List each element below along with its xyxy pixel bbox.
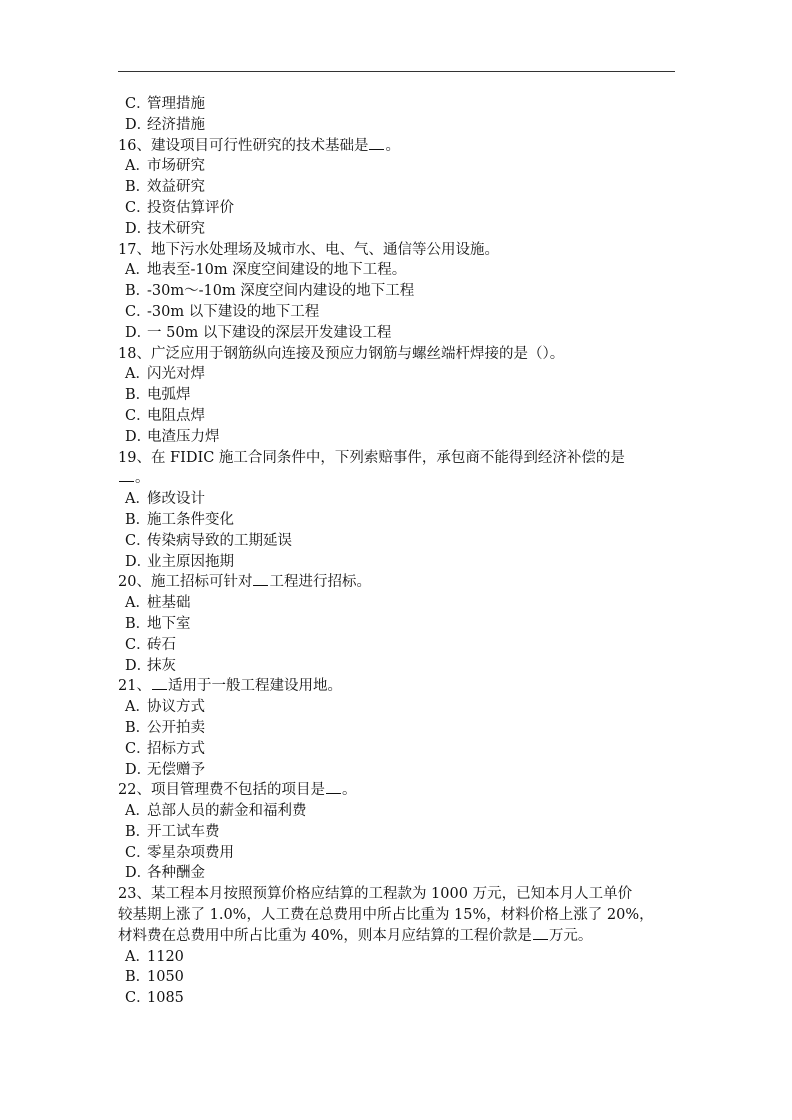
option-text: 市场研究 bbox=[147, 158, 205, 174]
option-letter: D． bbox=[125, 863, 147, 884]
option-text: 1050 bbox=[147, 969, 184, 985]
stem-text: 16、建设项目可行性研究的技术基础是 bbox=[118, 138, 368, 154]
option-letter: B． bbox=[125, 385, 147, 406]
option-text: 抹灰 bbox=[147, 658, 176, 674]
answer-option: C．传染病导致的工期延误 bbox=[118, 531, 678, 552]
question-stem: 17、地下污水处理场及城市水、电、气、通信等公用设施。 bbox=[118, 240, 678, 261]
option-text: 桩基础 bbox=[147, 595, 191, 611]
option-text: 招标方式 bbox=[147, 741, 205, 757]
answer-option: B．施工条件变化 bbox=[118, 510, 678, 531]
option-text: 管理措施 bbox=[147, 96, 205, 112]
option-text: 经济措施 bbox=[147, 117, 205, 133]
fill-in-blank bbox=[253, 573, 268, 586]
option-letter: D． bbox=[125, 427, 147, 448]
stem-text-end: 万元。 bbox=[549, 928, 593, 944]
option-letter: C． bbox=[125, 843, 147, 864]
option-letter: D． bbox=[125, 219, 147, 240]
option-text: 协议方式 bbox=[147, 699, 205, 715]
answer-option: A．协议方式 bbox=[118, 697, 678, 718]
option-text: 施工条件变化 bbox=[147, 512, 234, 528]
option-letter: B． bbox=[125, 281, 147, 302]
option-letter: C． bbox=[125, 635, 147, 656]
option-text: 技术研究 bbox=[147, 221, 205, 237]
option-letter: C． bbox=[125, 531, 147, 552]
stem-text: 23、某工程本月按照预算价格应结算的工程款为 1000 万元，已知本月人工单价 bbox=[118, 886, 632, 902]
stem-text: 20、施工招标可针对 bbox=[118, 574, 252, 590]
option-letter: B． bbox=[125, 718, 147, 739]
option-text: 一 50m 以下建设的深层开发建设工程 bbox=[147, 325, 391, 341]
option-letter: C． bbox=[125, 988, 147, 1009]
answer-option: A．地表至-10m 深度空间建设的地下工程。 bbox=[118, 260, 678, 281]
answer-option: D．业主原因拖期 bbox=[118, 552, 678, 573]
answer-option: B．效益研究 bbox=[118, 177, 678, 198]
header-rule bbox=[118, 71, 675, 72]
option-letter: A． bbox=[125, 697, 147, 718]
option-text: 电阻点焊 bbox=[147, 408, 205, 424]
fill-in-blank bbox=[119, 469, 134, 482]
question-stem: 22、项目管理费不包括的项目是。 bbox=[118, 780, 678, 801]
option-letter: D． bbox=[125, 115, 147, 136]
answer-option: B．电弧焊 bbox=[118, 385, 678, 406]
option-text: 地表至-10m 深度空间建设的地下工程。 bbox=[147, 262, 406, 278]
stem-text: 21、 bbox=[118, 678, 151, 694]
question-stem: 18、广泛应用于钢筋纵向连接及预应力钢筋与螺丝端杆焊接的是（）。 bbox=[118, 344, 678, 365]
option-text: 传染病导致的工期延误 bbox=[147, 533, 292, 549]
stem-text: 19、在 FIDIC 施工合同条件中，下列索赔事件，承包商不能得到经济补偿的是 bbox=[118, 450, 625, 466]
option-letter: A． bbox=[125, 489, 147, 510]
stem-text-end: 。 bbox=[385, 138, 400, 154]
stem-text: 较基期上涨了 1.0%，人工费在总费用中所占比重为 15%，材料价格上涨了 20… bbox=[118, 907, 654, 923]
question-stem: 21、适用于一般工程建设用地。 bbox=[118, 676, 678, 697]
answer-option: A．桩基础 bbox=[118, 593, 678, 614]
option-text: 地下室 bbox=[147, 616, 191, 632]
option-text: 投资估算评价 bbox=[147, 200, 234, 216]
stem-text-end: 。 bbox=[342, 782, 357, 798]
option-letter: A． bbox=[125, 947, 147, 968]
answer-option: A．1120 bbox=[118, 947, 678, 968]
option-letter: D． bbox=[125, 656, 147, 677]
answer-option: B．-30m～-10m 深度空间内建设的地下工程 bbox=[118, 281, 678, 302]
question-stem: 23、某工程本月按照预算价格应结算的工程款为 1000 万元，已知本月人工单价 bbox=[118, 884, 678, 905]
option-letter: C． bbox=[125, 406, 147, 427]
option-letter: B． bbox=[125, 822, 147, 843]
question-stem: 20、施工招标可针对工程进行招标。 bbox=[118, 572, 678, 593]
fill-in-blank bbox=[369, 137, 384, 150]
answer-option: B．开工试车费 bbox=[118, 822, 678, 843]
option-letter: B． bbox=[125, 177, 147, 198]
stem-text: 材料费在总费用中所占比重为 40%，则本月应结算的工程价款是 bbox=[118, 928, 532, 944]
answer-option: C．投资估算评价 bbox=[118, 198, 678, 219]
answer-option: A．市场研究 bbox=[118, 156, 678, 177]
answer-option: A．总部人员的薪金和福利费 bbox=[118, 801, 678, 822]
answer-option: C．-30m 以下建设的地下工程 bbox=[118, 302, 678, 323]
option-text: -30m～-10m 深度空间内建设的地下工程 bbox=[147, 283, 414, 299]
stem-text-end: 。 bbox=[135, 470, 150, 486]
option-letter: A． bbox=[125, 801, 147, 822]
option-text: 电渣压力焊 bbox=[147, 429, 220, 445]
option-letter: D． bbox=[125, 323, 147, 344]
answer-option: A．修改设计 bbox=[118, 489, 678, 510]
option-letter: A． bbox=[125, 593, 147, 614]
answer-option: D．各种酬金 bbox=[118, 863, 678, 884]
option-letter: C． bbox=[125, 198, 147, 219]
stem-text: 17、地下污水处理场及城市水、电、气、通信等公用设施。 bbox=[118, 242, 499, 258]
answer-option: D．一 50m 以下建设的深层开发建设工程 bbox=[118, 323, 678, 344]
option-letter: B． bbox=[125, 614, 147, 635]
option-text: 无偿赠予 bbox=[147, 762, 205, 778]
option-text: 总部人员的薪金和福利费 bbox=[147, 803, 307, 819]
option-text: 闪光对焊 bbox=[147, 366, 205, 382]
answer-option: D．抹灰 bbox=[118, 656, 678, 677]
fill-in-blank bbox=[152, 677, 167, 690]
option-letter: C． bbox=[125, 739, 147, 760]
stem-text: 18、广泛应用于钢筋纵向连接及预应力钢筋与螺丝端杆焊接的是（）。 bbox=[118, 346, 564, 362]
option-letter: A． bbox=[125, 364, 147, 385]
answer-option: B．公开拍卖 bbox=[118, 718, 678, 739]
option-text: 电弧焊 bbox=[147, 387, 191, 403]
option-text: 1085 bbox=[147, 990, 184, 1006]
option-letter: B． bbox=[125, 510, 147, 531]
answer-option: D．电渣压力焊 bbox=[118, 427, 678, 448]
question-stem: 。 bbox=[118, 468, 678, 489]
option-text: 各种酬金 bbox=[147, 865, 205, 881]
option-text: 砖石 bbox=[147, 637, 176, 653]
question-stem: 16、建设项目可行性研究的技术基础是。 bbox=[118, 136, 678, 157]
document-body: C．管理措施D．经济措施16、建设项目可行性研究的技术基础是。A．市场研究B．效… bbox=[118, 94, 678, 1009]
option-letter: D． bbox=[125, 760, 147, 781]
option-text: 修改设计 bbox=[147, 491, 205, 507]
answer-option: A．闪光对焊 bbox=[118, 364, 678, 385]
question-stem: 较基期上涨了 1.0%，人工费在总费用中所占比重为 15%，材料价格上涨了 20… bbox=[118, 905, 678, 926]
answer-option: D．经济措施 bbox=[118, 115, 678, 136]
option-text: 效益研究 bbox=[147, 179, 205, 195]
answer-option: B．地下室 bbox=[118, 614, 678, 635]
question-stem: 19、在 FIDIC 施工合同条件中，下列索赔事件，承包商不能得到经济补偿的是 bbox=[118, 448, 678, 469]
option-letter: C． bbox=[125, 94, 147, 115]
fill-in-blank bbox=[533, 927, 548, 940]
option-letter: B． bbox=[125, 967, 147, 988]
answer-option: C．电阻点焊 bbox=[118, 406, 678, 427]
option-letter: C． bbox=[125, 302, 147, 323]
stem-text-end: 工程进行招标。 bbox=[269, 574, 371, 590]
option-text: -30m 以下建设的地下工程 bbox=[147, 304, 319, 320]
option-letter: A． bbox=[125, 156, 147, 177]
option-text: 开工试车费 bbox=[147, 824, 220, 840]
option-text: 公开拍卖 bbox=[147, 720, 205, 736]
answer-option: C．招标方式 bbox=[118, 739, 678, 760]
fill-in-blank bbox=[326, 781, 341, 794]
answer-option: C．零星杂项费用 bbox=[118, 843, 678, 864]
question-stem: 材料费在总费用中所占比重为 40%，则本月应结算的工程价款是万元。 bbox=[118, 926, 678, 947]
option-letter: A． bbox=[125, 260, 147, 281]
answer-option: D．无偿赠予 bbox=[118, 760, 678, 781]
answer-option: C．1085 bbox=[118, 988, 678, 1009]
answer-option: C．管理措施 bbox=[118, 94, 678, 115]
answer-option: C．砖石 bbox=[118, 635, 678, 656]
option-text: 零星杂项费用 bbox=[147, 845, 234, 861]
option-text: 1120 bbox=[147, 949, 184, 965]
answer-option: B．1050 bbox=[118, 967, 678, 988]
option-text: 业主原因拖期 bbox=[147, 554, 234, 570]
stem-text-end: 适用于一般工程建设用地。 bbox=[168, 678, 342, 694]
answer-option: D．技术研究 bbox=[118, 219, 678, 240]
option-letter: D． bbox=[125, 552, 147, 573]
stem-text: 22、项目管理费不包括的项目是 bbox=[118, 782, 325, 798]
